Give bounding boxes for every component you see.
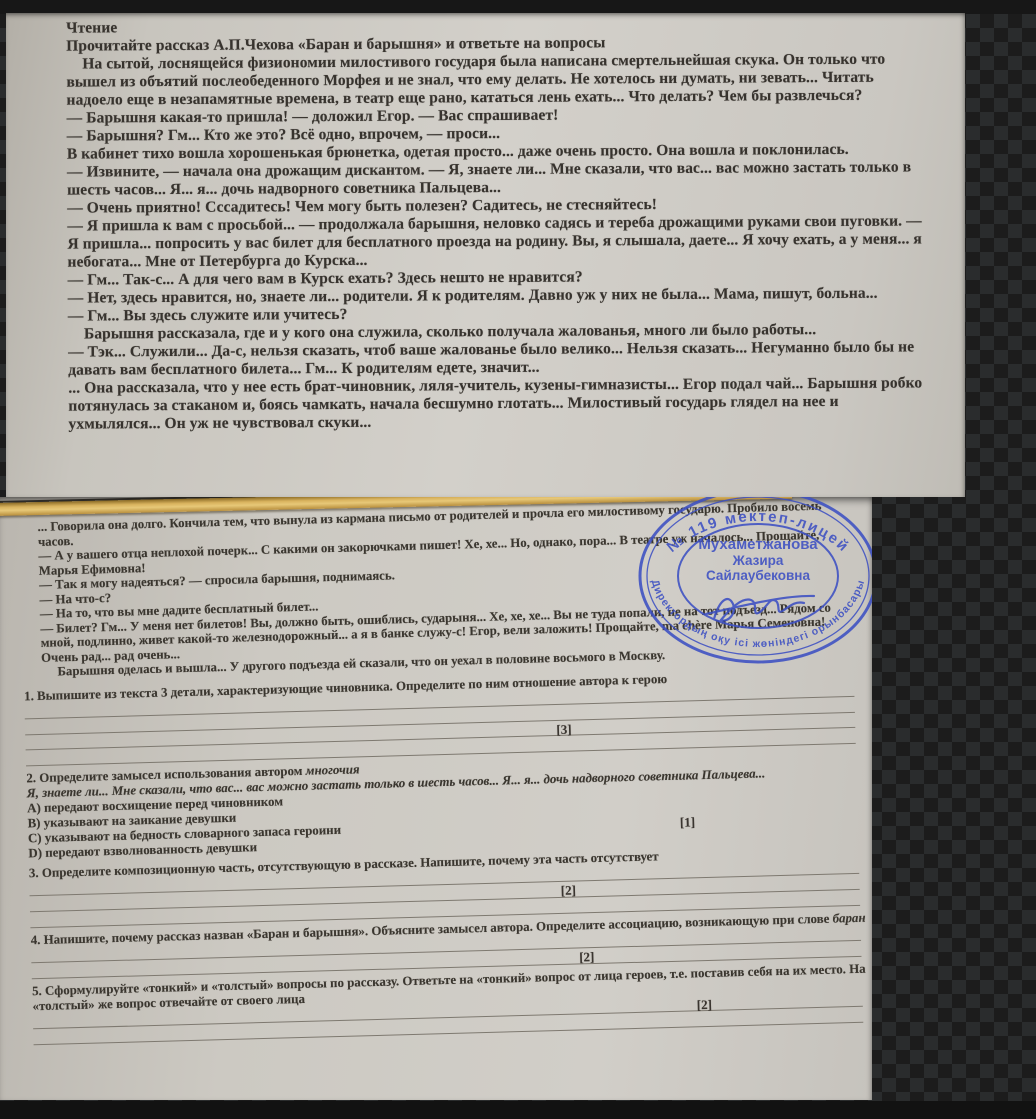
question-label-italic: многочия	[306, 762, 360, 777]
stamp-name-line3: Сайлаубековна	[706, 568, 810, 583]
story-line: На сытой, лоснящейся физиономии милостив…	[66, 50, 927, 109]
school-stamp-icon: № 119 мектеп-лицей Директордың оқу ісі ж…	[618, 497, 872, 683]
stamp-name-line2: Жазира	[732, 553, 784, 568]
question-label-italic: баран	[832, 910, 865, 925]
page1-photo: Чтение Прочитайте рассказ А.П.Чехова «Ба…	[6, 13, 965, 497]
stamp-name-line1: Мухаметжанова	[698, 536, 818, 553]
question-list: 1. Выпишите из текста 3 детали, характер…	[24, 666, 869, 1045]
screenshot-canvas: Чтение Прочитайте рассказ А.П.Чехова «Ба…	[0, 0, 1036, 1119]
story-line: — Тэк... Служили... Да-с, нельзя сказать…	[68, 338, 929, 379]
story-line: — Извините, — начала она дрожащим дискан…	[67, 158, 928, 199]
mark-badge: [3]	[556, 721, 572, 736]
story-line: — Я пришла к вам с просьбой... — продолж…	[67, 212, 928, 271]
page2-photo: ... Говорила она долго. Кончила тем, что…	[0, 497, 872, 1100]
top-dark-strip	[0, 0, 1036, 14]
question-block: 2. Определите замысел использования авто…	[26, 749, 864, 862]
mark-badge: [2]	[697, 997, 713, 1012]
bottom-dark-strip	[0, 1101, 1036, 1119]
mark-badge: [2]	[561, 883, 577, 898]
mark-badge: [2]	[579, 949, 595, 964]
signature-icon	[706, 596, 814, 621]
story-line: ... Она рассказала, что у нее есть брат-…	[68, 374, 929, 433]
page1-text: Чтение Прочитайте рассказ А.П.Чехова «Ба…	[6, 13, 965, 434]
